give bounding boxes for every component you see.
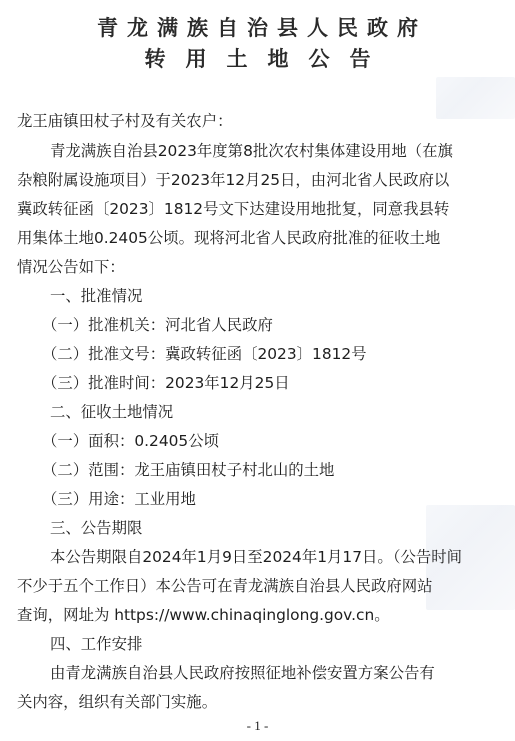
- approval-document-number: （二）批准文号：冀政转征函〔2023〕1812号: [42, 344, 367, 364]
- document-title-line-1: 青龙满族自治县人民政府: [0, 12, 515, 42]
- section-heading-arrangement: 四、工作安排: [50, 634, 142, 654]
- document-title-line-2: 转用土地公告: [0, 43, 515, 73]
- approval-date: （三）批准时间：2023年12月25日: [42, 373, 290, 393]
- intro-line: 青龙满族自治县2023年度第8批次农村集体建设用地（在旗: [50, 141, 453, 161]
- section-heading-land: 二、征收土地情况: [50, 402, 173, 422]
- section-heading-period: 三、公告期限: [50, 518, 142, 538]
- period-paragraph-line: 查询，网址为 https://www.chinaqinglong.gov.cn。: [17, 605, 390, 625]
- period-paragraph-line: 不少于五个工作日）本公告可在青龙满族自治县人民政府网站: [17, 576, 433, 596]
- arrangement-paragraph-line: 由青龙满族自治县人民政府按照征地补偿安置方案公告有: [50, 663, 435, 683]
- land-area: （一）面积：0.2405公顷: [42, 431, 219, 451]
- section-heading-approval: 一、批准情况: [50, 286, 142, 306]
- scan-artifact: [436, 77, 515, 119]
- approval-authority: （一）批准机关：河北省人民政府: [42, 315, 273, 335]
- page-number: - 1 -: [0, 718, 515, 734]
- intro-line: 杂粮附属设施项目）于2023年12月25日，由河北省人民政府以: [17, 170, 449, 190]
- arrangement-paragraph-line: 关内容，组织有关部门实施。: [17, 692, 217, 712]
- intro-line: 冀政转征函〔2023〕1812号文下达建设用地批复，同意我县转: [17, 199, 449, 219]
- salutation: 龙王庙镇田杖子村及有关农户：: [17, 111, 232, 131]
- period-paragraph-line: 本公告期限自2024年1月9日至2024年1月17日。（公告时间: [50, 547, 462, 567]
- land-scope: （二）范围：龙王庙镇田杖子村北山的土地: [42, 460, 334, 480]
- intro-line: 情况公告如下：: [17, 257, 125, 277]
- land-usage: （三）用途：工业用地: [42, 489, 196, 509]
- intro-line: 用集体土地0.2405公顷。现将河北省人民政府批准的征收土地: [17, 228, 440, 248]
